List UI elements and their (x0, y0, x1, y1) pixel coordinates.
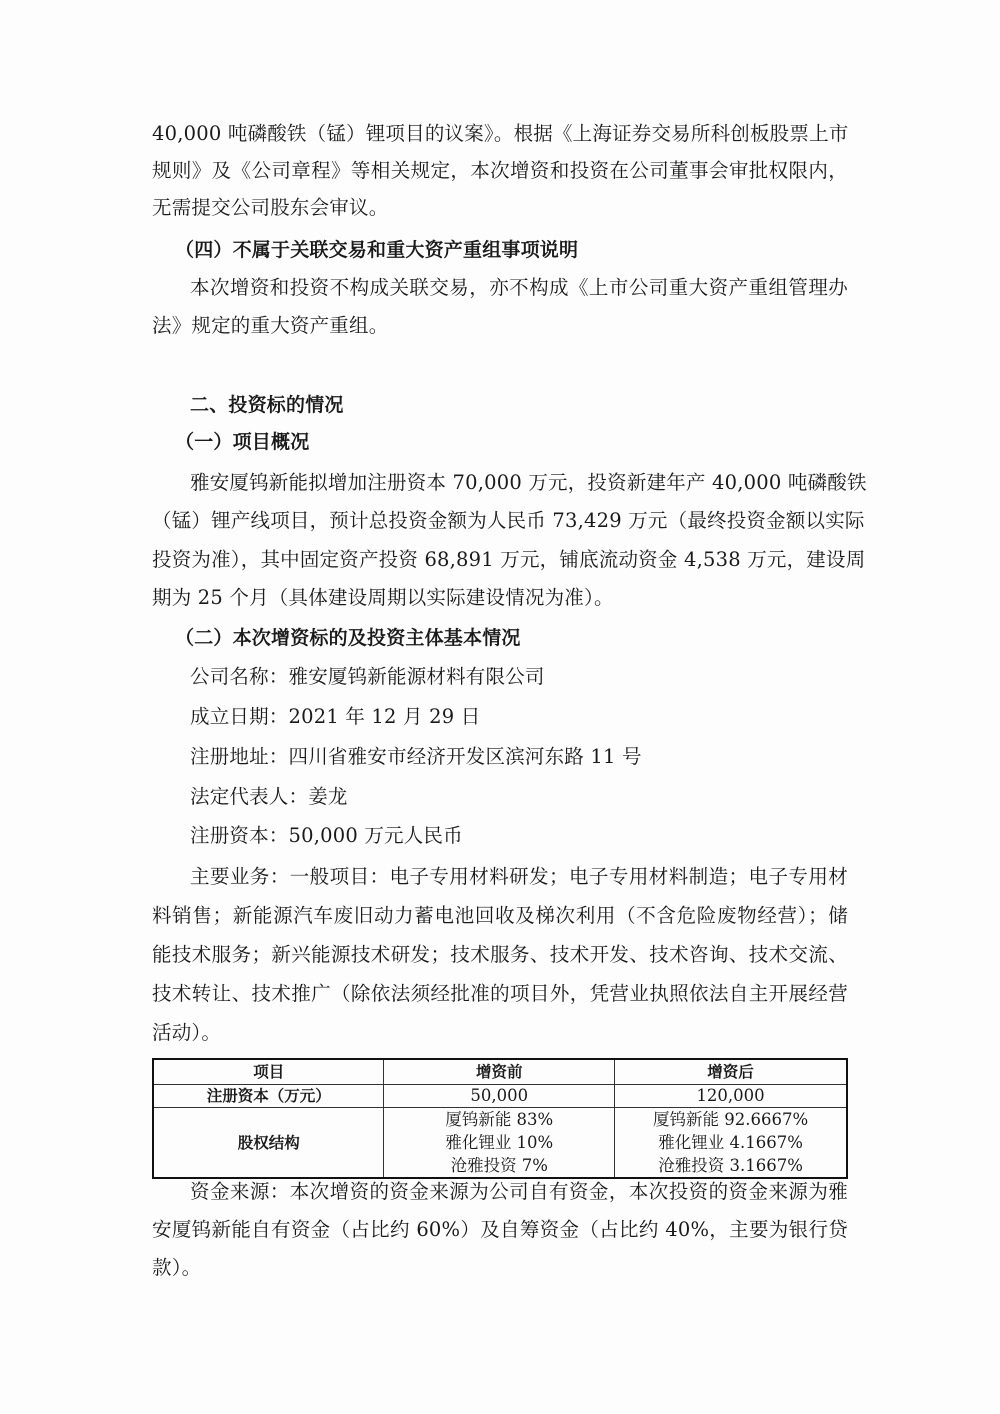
business-line: 技术转让、技术推广（除依法须经批准的项目外，凭营业执照依法自主开展经营 (152, 982, 848, 1006)
table-row: 注册资本（万元） 50,000 120,000 (153, 1085, 847, 1108)
funding-line: 资金来源：本次增资的资金来源为公司自有资金，本次投资的资金来源为雅 (190, 1180, 848, 1204)
cell-after: 120,000 (615, 1085, 847, 1108)
shareholder-after: 雅化锂业 4.1667% (615, 1131, 846, 1154)
business-line: 主要业务：一般项目：电子专用材料研发；电子专用材料制造；电子专用材 (190, 865, 848, 889)
business-line: 活动）。 (152, 1021, 848, 1045)
paragraph-line: 规则》及《公司章程》等相关规定，本次增资和投资在公司董事会审批权限内， (152, 159, 848, 183)
capital-change-table: 项目 增资前 增资后 注册资本（万元） 50,000 120,000 股权结构 … (152, 1058, 848, 1179)
funding-line: 款）。 (152, 1256, 848, 1280)
legal-representative: 法定代表人：姜龙 (190, 785, 848, 809)
document-page: 40,000 吨磷酸铁（锰）锂项目的议案》。根据《上海证券交易所科创板股票上市 … (0, 0, 1000, 1414)
section-heading: 二、投资标的情况 (190, 393, 886, 417)
table-row: 股权结构 厦钨新能 83% 雅化锂业 10% 沧雅投资 7% 厦钨新能 92.6… (153, 1108, 847, 1179)
cell-before: 厦钨新能 83% 雅化锂业 10% 沧雅投资 7% (384, 1108, 615, 1179)
cell-before: 50,000 (384, 1085, 615, 1108)
funding-line: 安厦钨新能自有资金（占比约 60%）及自筹资金（占比约 40%，主要为银行贷 (152, 1218, 848, 1242)
paragraph-line: （锰）锂产线项目，预计总投资金额为人民币 73,429 万元（最终投资金额以实际 (152, 509, 848, 533)
row-label: 注册资本（万元） (153, 1085, 384, 1108)
cell-after: 厦钨新能 92.6667% 雅化锂业 4.1667% 沧雅投资 3.1667% (615, 1108, 847, 1179)
paragraph-line: 法》规定的重大资产重组。 (152, 314, 848, 338)
subsection-heading-4: （四）不属于关联交易和重大资产重组事项说明 (175, 238, 871, 262)
paragraph-line: 本次增资和投资不构成关联交易，亦不构成《上市公司重大资产重组管理办 (190, 276, 848, 300)
header-item: 项目 (153, 1059, 384, 1085)
shareholder-before: 沧雅投资 7% (384, 1154, 614, 1177)
company-name: 公司名称：雅安厦钨新能源材料有限公司 (190, 665, 848, 689)
paragraph-line: 40,000 吨磷酸铁（锰）锂项目的议案》。根据《上海证券交易所科创板股票上市 (152, 122, 848, 146)
header-before: 增资前 (384, 1059, 615, 1085)
subsection-heading-1: （一）项目概况 (175, 430, 871, 454)
shareholder-after: 厦钨新能 92.6667% (615, 1108, 846, 1131)
shareholder-before: 雅化锂业 10% (384, 1131, 614, 1154)
business-line: 料销售；新能源汽车废旧动力蓄电池回收及梯次利用（不含危险废物经营）；储 (152, 904, 848, 928)
paragraph-line: 无需提交公司股东会审议。 (152, 196, 848, 220)
header-after: 增资后 (615, 1059, 847, 1085)
registered-address: 注册地址：四川省雅安市经济开发区滨河东路 11 号 (190, 745, 848, 769)
subsection-heading-2: （二）本次增资标的及投资主体基本情况 (175, 626, 871, 650)
row-label: 股权结构 (153, 1108, 384, 1179)
paragraph-line: 投资为准），其中固定资产投资 68,891 万元，铺底流动资金 4,538 万元… (152, 548, 848, 572)
registered-capital: 注册资本：50,000 万元人民币 (190, 824, 848, 848)
establish-date: 成立日期：2021 年 12 月 29 日 (190, 705, 848, 729)
shareholder-after: 沧雅投资 3.1667% (615, 1154, 846, 1177)
paragraph-line: 雅安厦钨新能拟增加注册资本 70,000 万元，投资新建年产 40,000 吨磷… (190, 471, 848, 495)
shareholder-before: 厦钨新能 83% (384, 1108, 614, 1131)
paragraph-line: 期为 25 个月（具体建设周期以实际建设情况为准）。 (152, 586, 848, 610)
table-header-row: 项目 增资前 增资后 (153, 1059, 847, 1085)
business-line: 能技术服务；新兴能源技术研发；技术服务、技术开发、技术咨询、技术交流、 (152, 943, 848, 967)
